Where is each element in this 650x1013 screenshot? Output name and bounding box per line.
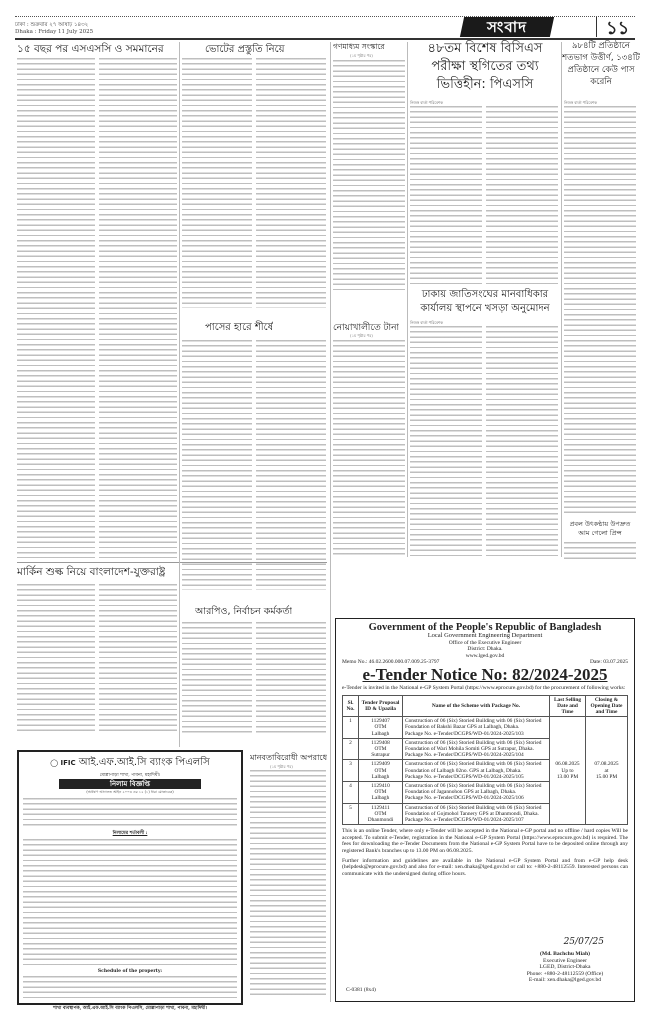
column-rule bbox=[330, 42, 331, 1002]
article-pass-body bbox=[564, 106, 636, 516]
column-rule bbox=[179, 42, 180, 747]
tender-table-header: Sl. No. Tender Proposal ID & Upazila Nam… bbox=[343, 695, 628, 717]
headline-tariff: মার্কিন শুল্ক নিয়ে বাংলাদেশ-যুক্তরাষ্ট্… bbox=[17, 565, 165, 582]
article-rpo-body-col1 bbox=[182, 622, 252, 734]
signer-name: (Md. Bachchu Miah) bbox=[510, 951, 620, 958]
th-closing: Closing & Opening Date and Time bbox=[586, 695, 628, 717]
last-selling-cell: 06.08.2025Up to13.00 PM bbox=[550, 717, 586, 825]
th-last-selling: Last Selling Date and Time bbox=[550, 695, 586, 717]
article-vote-body-col1 bbox=[182, 58, 252, 308]
tender-para-info: Further information and guidelines are a… bbox=[342, 858, 628, 878]
signer-block: (Md. Bachchu Miah) Executive Engineer LG… bbox=[510, 951, 620, 984]
ad-terms-text bbox=[23, 839, 237, 967]
headline-rpo: আরপিও, নির্বাচন কর্মকর্তা bbox=[195, 605, 292, 620]
divider bbox=[17, 562, 327, 563]
signer-office: LGED, District-Dhaka bbox=[510, 964, 620, 971]
tender-title: e-Tender Notice No: 82/2024-2025 bbox=[342, 665, 628, 685]
article-humanity-body bbox=[250, 770, 326, 995]
headline-bcs: ৪৮তম বিশেষ বিসিএস পরীক্ষা স্থগিতের তথ্য … bbox=[410, 40, 560, 94]
ific-bank-auction-ad: ◯ IFIC আই.এফ.আই.সি ব্যাংক পিএলসি মোল্লাপ… bbox=[17, 750, 243, 1005]
ad-notice-title: নিলাম বিজ্ঞপ্তি bbox=[59, 779, 201, 789]
article-noakhali-body bbox=[333, 340, 405, 555]
article-ssc-body-col2 bbox=[99, 58, 177, 558]
signature: 25/07/25 bbox=[564, 937, 604, 947]
ad-intro-text bbox=[23, 798, 237, 828]
article-un-body-col1 bbox=[410, 326, 482, 556]
article-passrate-body-col2 bbox=[256, 340, 326, 590]
article-bcs-body-col2 bbox=[486, 106, 558, 286]
tender-intro: e-Tender is invited in the National e-GP… bbox=[342, 685, 628, 692]
th-proposal: Tender Proposal ID & Upazila bbox=[359, 695, 403, 717]
media-continued: (১ম পৃষ্ঠার পর) bbox=[350, 53, 373, 60]
page-number-divider bbox=[596, 17, 597, 37]
date-english: Dhaka : Friday 11 July 2025 bbox=[15, 29, 93, 36]
signer-phone: Phone: +880-2-48112559 (Office) bbox=[510, 971, 620, 978]
column-rule bbox=[407, 42, 408, 557]
article-passrate-body-col1 bbox=[182, 340, 252, 590]
ad-header: ◯ IFIC আই.এফ.আই.সি ব্যাংক পিএলসি bbox=[19, 755, 241, 772]
ad-schedule-title: Schedule of the property: bbox=[19, 969, 241, 974]
headline-pass-results: ৯৮৪টি প্রতিষ্ঠানে শতভাগ উত্তীর্ণ, ১৩৪টি … bbox=[562, 40, 640, 88]
date-bangla: ঢাকা : শুক্রবার ২৭ আষাঢ় ১৪৩২ bbox=[15, 22, 88, 29]
column-rule bbox=[561, 42, 562, 557]
tender-notice: Government of the People's Republic of B… bbox=[335, 618, 635, 1002]
article-vote-body-col2 bbox=[256, 58, 326, 308]
article-bcs-body-col1 bbox=[410, 106, 482, 286]
signer-title: Executive Engineer bbox=[510, 958, 620, 965]
article-media-body bbox=[333, 60, 405, 290]
article-flood-body bbox=[564, 542, 636, 562]
headline-flood: প্রবল উৎকণ্ঠায় উপদ্রুত আম গেলো প্রিন্স bbox=[564, 520, 636, 538]
ad-subtitle: (অর্থঋণ আদালত আইন ২০০৩ এর ১২ (১) ধারা মো… bbox=[19, 789, 241, 796]
ific-logo-icon: ◯ IFIC bbox=[50, 759, 75, 767]
headline-vote: ভোটের প্রস্তুতি নিয়ে bbox=[205, 42, 285, 59]
th-sl: Sl. No. bbox=[343, 695, 359, 717]
ad-schedule-text bbox=[23, 976, 237, 1002]
closing-cell: 07.08.2025at15.00 PM bbox=[586, 717, 628, 825]
ad-terms-title: নিলামের শর্তাবলী : bbox=[19, 830, 241, 837]
tender-table: Sl. No. Tender Proposal ID & Upazila Nam… bbox=[342, 695, 628, 826]
noakhali-continued: (১ম পৃষ্ঠার পর) bbox=[350, 333, 373, 340]
article-un-body-col2 bbox=[486, 326, 558, 556]
ad-branch: মোল্লাপাড়া শাখা, পাবনা, মহাদিঘী। bbox=[19, 772, 241, 779]
ad-bank-name: আই.এফ.আই.সি ব্যাংক পিএলসি bbox=[79, 757, 210, 768]
newspaper-logo: সংবাদ bbox=[460, 17, 554, 37]
ad-footer: শাখা ব্যবস্থাপক, আই.এফ.আই.সি ব্যাংক পিএল… bbox=[19, 1004, 241, 1012]
ad-code: C-0381 (8x4) bbox=[346, 987, 376, 993]
headline-pass-rate: পাসের হারে শীর্ষে bbox=[205, 320, 273, 337]
th-scheme: Name of the Scheme with Package No. bbox=[403, 695, 550, 717]
signer-email: E-mail: xen.dhaka@lged.gov.bd bbox=[510, 977, 620, 984]
headline-ssc: ১৫ বছর পর এসএসসি ও সমমানের bbox=[17, 42, 164, 59]
table-row: 1 1129407OTMLalbagh Construction of 06 (… bbox=[343, 717, 628, 739]
tender-para-online: This is an online Tender, where only e-T… bbox=[342, 828, 628, 854]
headline-un-office: ঢাকায় জাতিসংঘের মানবাধিকার কার্যালয় স্… bbox=[410, 288, 560, 316]
article-tariff-body-col1 bbox=[17, 584, 95, 734]
article-rpo-body-col2 bbox=[256, 622, 326, 734]
article-ssc-body-col1 bbox=[17, 58, 95, 558]
article-tariff-body-col2 bbox=[99, 584, 177, 734]
